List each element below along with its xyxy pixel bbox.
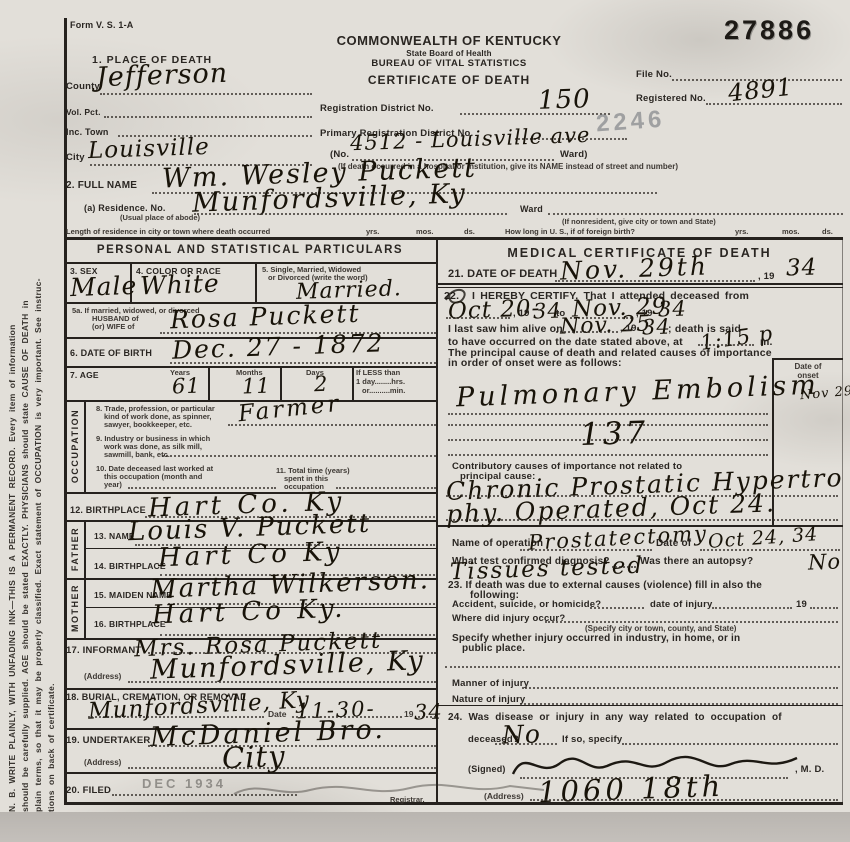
fill-line xyxy=(148,745,436,747)
form-number: Form V. S. 1-A xyxy=(70,20,133,30)
signer-address-label: (Address) xyxy=(484,791,524,801)
occ9-label: sawmill, bank, etc. xyxy=(104,450,170,459)
fill-line xyxy=(418,716,436,718)
father-birthplace-label: 14. BIRTHPLACE xyxy=(94,561,166,571)
sex-value: Male xyxy=(70,271,138,302)
injury-date-label: date of injury xyxy=(650,599,712,610)
undertaker-address-label: (Address) xyxy=(84,758,121,767)
cause-rule xyxy=(448,439,768,441)
scan-edge xyxy=(0,812,850,842)
cause-rule xyxy=(448,413,768,415)
cause-rule xyxy=(448,454,768,456)
fill-line xyxy=(556,331,618,333)
burial-year-value: 34 xyxy=(414,700,444,725)
form-right-border xyxy=(842,238,843,804)
fill-line xyxy=(194,213,507,215)
manner-of-injury-label: Manner of injury xyxy=(452,678,529,689)
personal-section-title: PERSONAL AND STATISTICAL PARTICULARS xyxy=(64,244,436,256)
filed-date-stamp: DEC 1934 xyxy=(142,776,226,791)
yrs-label: yrs. xyxy=(366,227,379,236)
ds-label: ds. xyxy=(822,227,833,236)
rule xyxy=(84,520,86,638)
fill-line xyxy=(590,607,644,609)
fill-line xyxy=(88,716,264,718)
dob-label: 6. DATE OF BIRTH xyxy=(70,348,152,358)
ds-label: ds. xyxy=(464,227,475,236)
fill-line xyxy=(698,344,754,346)
serial-number-stamp: 27886 xyxy=(724,15,814,46)
age-less-label: or..........min. xyxy=(362,386,405,395)
rule xyxy=(436,283,843,285)
margin-instructions: N. B. WRITE PLAINLY, WITH UNFADING INK—T… xyxy=(6,24,58,812)
undertaker-address-value: City xyxy=(221,739,286,775)
signed-label: (Signed) xyxy=(468,764,506,774)
county-label: County xyxy=(66,81,100,92)
fill-line xyxy=(612,566,636,568)
death-certificate-scan: N. B. WRITE PLAINLY, WITH UNFADING INK—T… xyxy=(0,0,850,842)
county-value: Jefferson xyxy=(95,58,228,94)
ward-note: (If nonresident, give city or town and S… xyxy=(562,217,716,226)
fill-line xyxy=(100,93,312,95)
fill-line xyxy=(128,681,436,683)
rule xyxy=(352,366,354,400)
header-rule xyxy=(64,237,843,240)
undertaker-label: 19. UNDERTAKER xyxy=(66,735,150,746)
rule xyxy=(436,287,843,288)
autopsy-label: Was there an autopsy? xyxy=(640,556,753,567)
onset-box-top xyxy=(772,358,843,360)
fill-line xyxy=(545,621,838,623)
father-side-label: FATHER xyxy=(70,527,80,571)
commonwealth-title: COMMONWEALTH OF KENTUCKY xyxy=(318,33,580,48)
specify-injury-label: public place. xyxy=(462,643,525,654)
occ10-label: year) xyxy=(104,480,122,489)
rule xyxy=(280,366,282,400)
mother-side-label: MOTHER xyxy=(70,584,80,632)
spouse-label: (or) WIFE of xyxy=(92,322,135,331)
age-years-value: 61 xyxy=(172,374,202,399)
fill-line xyxy=(712,607,792,609)
occupation-side-label: OCCUPATION xyxy=(70,409,80,483)
last-saw-label: I last saw him alive on xyxy=(448,323,563,335)
margin-line: tions on back of certificate. xyxy=(45,24,58,812)
residence-label: (a) Residence. No. xyxy=(84,203,166,213)
margin-line: plain terms, so that it may be properly … xyxy=(32,24,45,812)
fill-line xyxy=(170,362,436,364)
fill-line xyxy=(162,455,436,457)
rule xyxy=(436,705,843,706)
dob-value: Dec. 27 - 1872 xyxy=(172,328,385,364)
length-residence-label: Length of residence in city or town wher… xyxy=(66,227,270,236)
occ8-label: sawyer, bookkeeper, etc. xyxy=(104,420,192,429)
birthplace-label: 12. BIRTHPLACE xyxy=(70,505,146,515)
fill-line xyxy=(336,487,436,489)
fill-line xyxy=(706,103,842,105)
operation-date-label: Date of xyxy=(656,538,691,549)
reg-district-label: Registration District No. xyxy=(320,103,434,114)
signer-address-value: 1060 18th xyxy=(537,769,724,809)
board-subtitle: State Board of Health xyxy=(318,49,580,58)
cause-code-value: 137 xyxy=(579,415,648,453)
race-value: White xyxy=(140,269,221,301)
mother-birthplace-value: Hart Co Ky. xyxy=(152,594,347,631)
age-months-value: 11 xyxy=(242,374,272,399)
form-bottom-border xyxy=(64,802,843,805)
residence-note: (Usual place of abode) xyxy=(120,213,200,222)
printed-19: 19 xyxy=(796,599,807,610)
full-name-label: 2. FULL NAME xyxy=(66,180,137,191)
fill-line xyxy=(104,116,312,118)
separator-line xyxy=(445,666,840,668)
fill-line xyxy=(520,549,652,551)
occupation-related-label: 24. Was disease or injury in any way rel… xyxy=(448,712,782,723)
rule xyxy=(208,366,210,400)
accident-label: Accident, suicide, or homicide? xyxy=(452,599,601,610)
district-number-stamp: 2246 xyxy=(595,106,666,139)
vol-pct-label: Vol. Pct. xyxy=(66,107,101,117)
fill-line xyxy=(810,607,838,609)
informant-address-label: (Address) xyxy=(84,672,121,681)
nature-of-injury-label: Nature of injury xyxy=(452,694,525,705)
autopsy-value: No xyxy=(808,549,842,574)
informant-label: 17. INFORMANT xyxy=(66,645,141,656)
fill-line xyxy=(446,519,838,521)
md-label: , M. D. xyxy=(795,764,824,775)
where-injury-note: (Specify city or town, county, and State… xyxy=(585,624,736,633)
age-less-label: If LESS than xyxy=(356,368,400,377)
cause-of-death-value: Pulmonary Embolism xyxy=(456,370,821,414)
mos-label: mos. xyxy=(416,227,434,236)
bureau-subtitle: BUREAU OF VITAL STATISTICS xyxy=(318,58,580,69)
yrs-label: yrs. xyxy=(735,227,748,236)
age-less-label: 1 day........hrs. xyxy=(356,377,405,386)
howlong-label: How long in U. S., if of foreign birth? xyxy=(505,227,635,236)
printed-19: , 19 xyxy=(758,271,775,282)
fill-line xyxy=(128,487,276,489)
reg-district-value: 150 xyxy=(537,84,591,116)
fill-line xyxy=(446,317,510,319)
age-label: 7. AGE xyxy=(70,370,99,380)
date-of-death-year: 34 xyxy=(786,254,818,281)
fill-line xyxy=(522,687,838,689)
file-no-label: File No. xyxy=(636,69,672,80)
fill-line xyxy=(228,424,436,426)
fill-line xyxy=(460,113,610,115)
fill-line xyxy=(128,767,436,769)
father-birthplace-value: Hart Co Ky xyxy=(158,537,345,573)
date-of-death-label: 21. DATE OF DEATH xyxy=(448,268,557,280)
rule xyxy=(84,400,86,492)
principal-cause-label: in order of onset were as follows: xyxy=(448,357,622,369)
mos-label: mos. xyxy=(782,227,800,236)
city-value: Louisville xyxy=(88,134,211,164)
ward-suffix-label: Ward) xyxy=(560,149,588,160)
rule xyxy=(64,262,436,264)
ward-label: Ward xyxy=(520,204,543,214)
fill-line xyxy=(555,280,755,282)
printed-19: 19 xyxy=(404,709,413,719)
margin-line: N. B. WRITE PLAINLY, WITH UNFADING INK—T… xyxy=(6,24,19,812)
printed-19: , 19 xyxy=(513,308,530,319)
margin-line: should be carefully supplied. AGE should… xyxy=(19,24,32,812)
registrar-label: Registrar. xyxy=(390,795,425,804)
registered-no-label: Registered No. xyxy=(636,93,706,104)
rule xyxy=(255,262,257,302)
city-label: City xyxy=(66,152,85,163)
fill-line xyxy=(548,213,843,215)
spouse-value: Rosa Puckett xyxy=(170,299,361,335)
printed-19: , 19 xyxy=(620,323,637,334)
fill-line xyxy=(520,703,838,705)
fill-line xyxy=(530,799,838,801)
inc-town-label: Inc. Town xyxy=(66,127,109,137)
filed-label: 20. FILED xyxy=(66,785,111,796)
